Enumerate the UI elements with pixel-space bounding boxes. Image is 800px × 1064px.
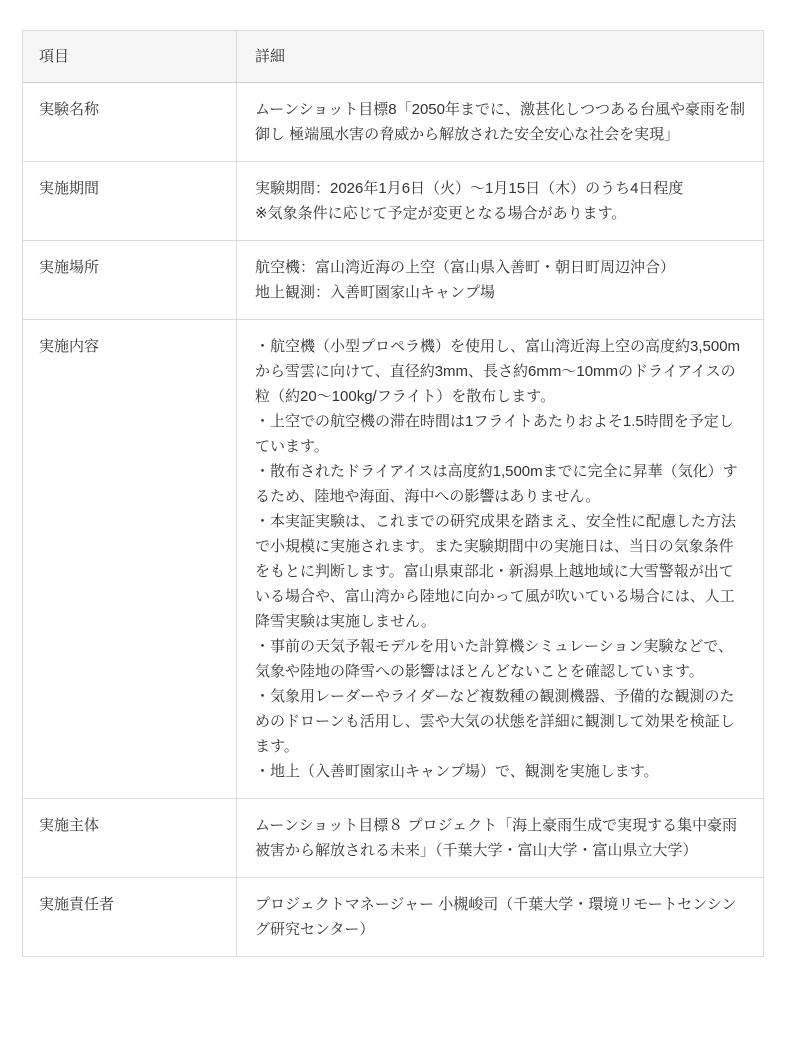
detail-line: ムーンショット目標8「2050年までに、激甚化しつつある台風や豪雨を制御し 極端… bbox=[255, 97, 746, 147]
row-detail: ・航空機（小型プロペラ機）を使用し、富山湾近海上空の高度約3,500mから雪雲に… bbox=[237, 320, 763, 798]
row-label: 実施期間 bbox=[23, 162, 237, 240]
detail-line: ・本実証実験は、これまでの研究成果を踏まえ、安全性に配慮した方法で小規模に実施さ… bbox=[255, 509, 746, 634]
row-detail: ムーンショット目標８ プロジェクト「海上豪雨生成で実現する集中豪雨被害から解放さ… bbox=[237, 799, 763, 877]
table-row: 実施内容・航空機（小型プロペラ機）を使用し、富山湾近海上空の高度約3,500mか… bbox=[23, 319, 763, 798]
detail-line: 航空機：富山湾近海の上空（富山県入善町・朝日町周辺沖合） bbox=[255, 255, 746, 280]
detail-line: ムーンショット目標８ プロジェクト「海上豪雨生成で実現する集中豪雨被害から解放さ… bbox=[255, 813, 746, 863]
table-row: 実施責任者プロジェクトマネージャー 小槻峻司（千葉大学・環境リモートセンシング研… bbox=[23, 877, 763, 956]
table-row: 実施主体ムーンショット目標８ プロジェクト「海上豪雨生成で実現する集中豪雨被害か… bbox=[23, 798, 763, 877]
detail-line: ・事前の天気予報モデルを用いた計算機シミュレーション実験などで、気象や陸地の降雪… bbox=[255, 634, 746, 684]
detail-line: ・地上（入善町園家山キャンプ場）で、観測を実施します。 bbox=[255, 759, 746, 784]
detail-line: 地上観測：入善町園家山キャンプ場 bbox=[255, 280, 746, 305]
detail-line: 実験期間：2026年1月6日（火）〜1月15日（木）のうち4日程度 bbox=[255, 176, 746, 201]
row-detail: 実験期間：2026年1月6日（火）〜1月15日（木）のうち4日程度※気象条件に応… bbox=[237, 162, 763, 240]
row-label: 実施主体 bbox=[23, 799, 237, 877]
page: 項目 詳細 実験名称ムーンショット目標8「2050年までに、激甚化しつつある台風… bbox=[0, 0, 800, 1064]
header-detail-cell: 詳細 bbox=[237, 31, 763, 82]
table-row: 実施場所航空機：富山湾近海の上空（富山県入善町・朝日町周辺沖合）地上観測：入善町… bbox=[23, 240, 763, 319]
detail-line: プロジェクトマネージャー 小槻峻司（千葉大学・環境リモートセンシング研究センター… bbox=[255, 892, 746, 942]
header-item-cell: 項目 bbox=[23, 31, 237, 82]
table-row: 実施期間実験期間：2026年1月6日（火）〜1月15日（木）のうち4日程度※気象… bbox=[23, 161, 763, 240]
row-detail: ムーンショット目標8「2050年までに、激甚化しつつある台風や豪雨を制御し 極端… bbox=[237, 83, 763, 161]
row-label: 実施責任者 bbox=[23, 878, 237, 956]
experiment-details-table: 項目 詳細 実験名称ムーンショット目標8「2050年までに、激甚化しつつある台風… bbox=[22, 30, 764, 957]
row-label: 実施場所 bbox=[23, 241, 237, 319]
detail-line: ※気象条件に応じて予定が変更となる場合があります。 bbox=[255, 201, 746, 226]
table-header-row: 項目 詳細 bbox=[23, 31, 763, 83]
row-detail: プロジェクトマネージャー 小槻峻司（千葉大学・環境リモートセンシング研究センター… bbox=[237, 878, 763, 956]
row-label: 実験名称 bbox=[23, 83, 237, 161]
detail-line: ・上空での航空機の滞在時間は1フライトあたりおよそ1.5時間を予定しています。 bbox=[255, 409, 746, 459]
detail-line: ・散布されたドライアイスは高度約1,500mまでに完全に昇華（気化）するため、陸… bbox=[255, 459, 746, 509]
detail-line: ・気象用レーダーやライダーなど複数種の観測機器、予備的な観測のためのドローンも活… bbox=[255, 684, 746, 759]
table-body: 実験名称ムーンショット目標8「2050年までに、激甚化しつつある台風や豪雨を制御… bbox=[23, 83, 763, 956]
table-row: 実験名称ムーンショット目標8「2050年までに、激甚化しつつある台風や豪雨を制御… bbox=[23, 83, 763, 161]
row-detail: 航空機：富山湾近海の上空（富山県入善町・朝日町周辺沖合）地上観測：入善町園家山キ… bbox=[237, 241, 763, 319]
row-label: 実施内容 bbox=[23, 320, 237, 798]
detail-line: ・航空機（小型プロペラ機）を使用し、富山湾近海上空の高度約3,500mから雪雲に… bbox=[255, 334, 746, 409]
